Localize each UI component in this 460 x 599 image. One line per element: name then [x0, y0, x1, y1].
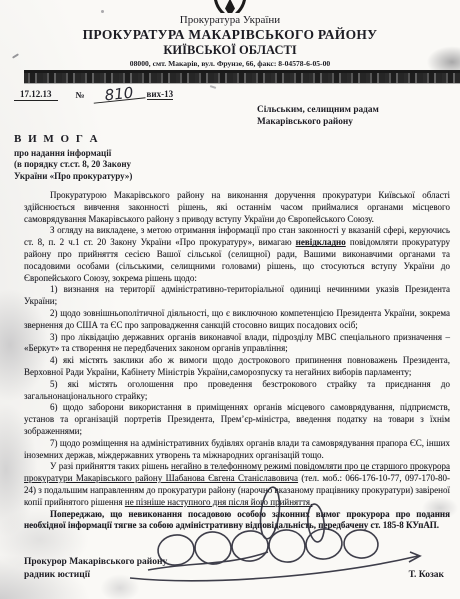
handwritten-signature-icon — [118, 486, 433, 588]
document-body: Прокуратурою Макарівського району на вик… — [24, 190, 450, 532]
paragraph-demand: З огляду на викладене, з метою отримання… — [24, 225, 450, 284]
org-name-main: ПРОКУРАТУРА МАКАРІВСЬКОГО РАЙОНУ — [0, 27, 460, 43]
reference-line: 17.12.13 № 810 вих-13 — [14, 88, 460, 101]
recipient-line-2: Макарівського району — [257, 116, 446, 128]
ref-suffix: вих-13 — [147, 89, 174, 100]
trident-emblem-icon — [0, 0, 460, 13]
paragraph-intro: Прокуратурою Макарівського району на вик… — [24, 190, 450, 225]
recipient-block: Сільським, селищним радам Макарівського … — [257, 104, 446, 128]
org-name-region: КИЇВСЬКОЇ ОБЛАСТІ — [0, 43, 460, 58]
ref-number-sign: № — [76, 90, 85, 100]
header-divider-band — [24, 70, 460, 83]
subject-line-1: про надання інформації — [14, 148, 460, 160]
numbered-item-2: 2) щодо зовнішньополітичної діяльності, … — [24, 308, 450, 332]
org-name-country: Прокуратура України — [0, 14, 460, 26]
scanned-document-page: Прокуратура України ПРОКУРАТУРА МАКАРІВС… — [0, 0, 460, 599]
ref-date: 17.12.13 — [14, 89, 58, 101]
numbered-item-4: 4) які містять заклики або ж вимоги щодо… — [24, 355, 450, 379]
subject-block: В И М О Г А про надання інформації (в по… — [14, 134, 460, 182]
org-address: 08000, смт. Макарів, вул. Фрунзе, 66, фа… — [0, 59, 460, 68]
numbered-item-3: 3) про ліквідацію державних органів вико… — [24, 332, 450, 356]
scan-speck — [101, 10, 104, 13]
emphasized-text: невідкладно — [296, 237, 346, 247]
subject-line-3: України «Про прокуратуру») — [14, 171, 460, 183]
ref-number-handwritten: 810 — [92, 85, 145, 103]
paragraph-text: У разі прийняття таких рішень — [50, 461, 171, 471]
numbered-item-5: 5) які містять оголошення про проведення… — [24, 379, 450, 403]
numbered-item-1: 1) визнання на території адміністративно… — [24, 284, 450, 308]
subject-title: В И М О Г А — [14, 134, 460, 146]
subject-line-2: (в порядку ст.ст. 8, 20 Закону — [14, 159, 460, 171]
recipient-line-1: Сільським, селищним радам — [257, 104, 446, 116]
numbered-item-6: 6) щодо заборони використання в приміщен… — [24, 402, 450, 437]
numbered-item-7: 7) щодо розміщення на адміністративних б… — [24, 438, 450, 462]
